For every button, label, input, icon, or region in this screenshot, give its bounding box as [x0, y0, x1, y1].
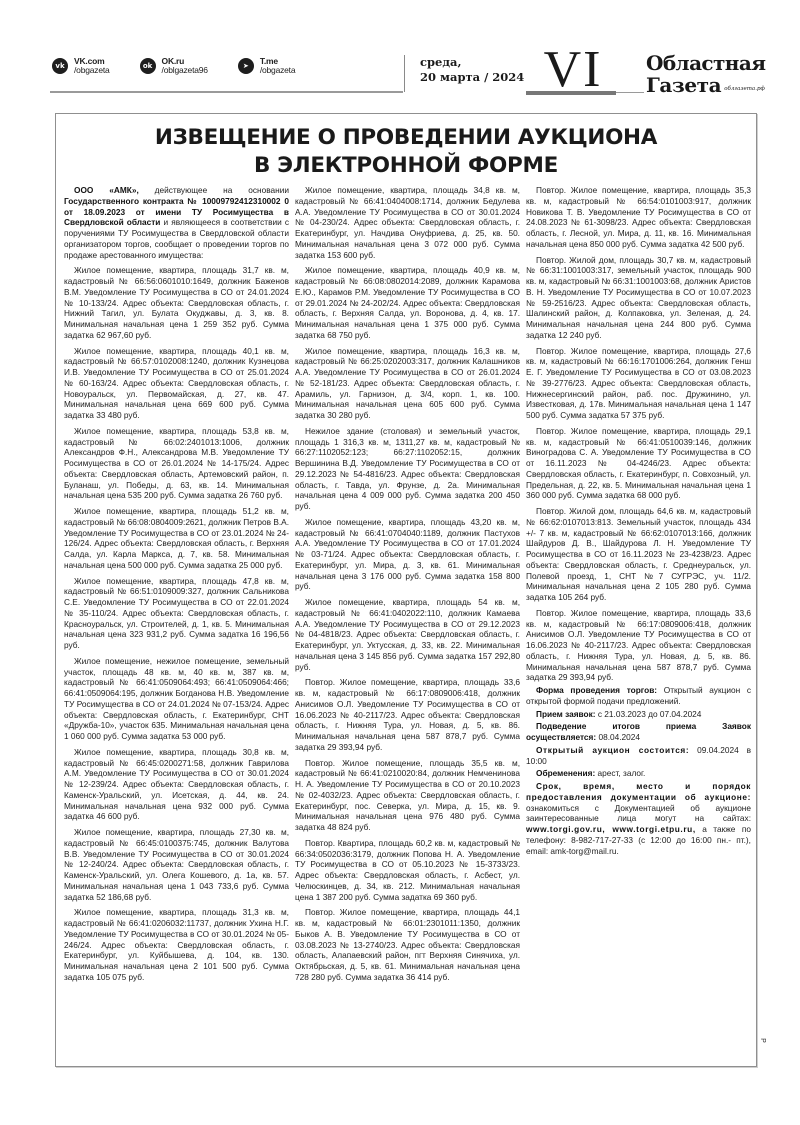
lot-item: Повтор. Жилое помещение, квартира, площа… — [295, 677, 520, 752]
column-3: Повтор. Жилое помещение, квартира, площа… — [526, 185, 751, 1065]
issue-date: среда, 20 марта / 2024 — [420, 55, 524, 85]
lot-item: Жилое помещение, квартира, площадь 30,8 … — [64, 747, 289, 822]
lot-item: Жилое помещение, квартира, площадь 40,1 … — [64, 346, 289, 421]
lot-item: Жилое помещение, квартира, площадь 31,3 … — [64, 907, 289, 982]
lot-item: Нежилое здание (столовая) и земельный уч… — [295, 426, 520, 512]
page-number-bar — [526, 91, 616, 95]
lot-item: Жилое помещение, квартира, площадь 54 кв… — [295, 597, 520, 672]
social-handle: /obgazeta — [74, 65, 110, 75]
newspaper-logo: Областная Газетаоблгазета.рф — [646, 52, 765, 100]
social-link-vk[interactable]: vk VK.com/obgazeta — [52, 57, 110, 75]
column-2: Жилое помещение, квартира, площадь 34,8 … — [295, 185, 520, 1065]
header-rule — [616, 92, 644, 93]
term-applications: Прием заявок: с 21.03.2023 до 07.04.2024 — [526, 709, 751, 720]
lot-item: Жилое помещение, квартира, площадь 47,8 … — [64, 576, 289, 651]
lot-item: Жилое помещение, квартира, площадь 27,30… — [64, 827, 289, 902]
lot-item: Повтор. Жилой дом, площадь 30,7 кв. м, к… — [526, 255, 751, 341]
advertising-mark: Р — [759, 1038, 766, 1043]
term-results: Подведение итогов приема Заявок осуществ… — [526, 721, 751, 743]
vk-icon: vk — [52, 58, 68, 74]
date: 20 марта / 2024 — [420, 70, 524, 85]
auction-notice: ИЗВЕЩЕНИЕ О ПРОВЕДЕНИИ АУКЦИОНА В ЭЛЕКТР… — [55, 113, 757, 1067]
logo-site: облгазета.рф — [724, 86, 765, 92]
logo-line2: Газета — [646, 73, 721, 97]
lot-item: Жилое помещение, нежилое помещение, земе… — [64, 656, 289, 742]
notice-columns: ООО «АМК», действующее на основании Госу… — [64, 185, 752, 1065]
notice-title: ИЗВЕЩЕНИЕ О ПРОВЕДЕНИИ АУКЦИОНА В ЭЛЕКТР… — [56, 124, 756, 180]
logo-line1: Областная — [646, 52, 765, 74]
header-divider — [404, 55, 405, 92]
lot-item: Повтор. Квартира, площадь 60,2 кв. м, ка… — [295, 838, 520, 903]
lot-item: Жилое помещение, квартира, площадь 34,8 … — [295, 185, 520, 260]
page-number: VI — [528, 44, 618, 96]
masthead: vk VK.com/obgazeta ok OK.ru/oblgazeta96 … — [0, 0, 800, 110]
social-link-ok[interactable]: ok OK.ru/oblgazeta96 — [140, 57, 208, 75]
ok-icon: ok — [140, 58, 156, 74]
lot-item: Жилое помещение, квартира, площадь 43,20… — [295, 517, 520, 592]
lot-item: Жилое помещение, квартира, площадь 40,9 … — [295, 265, 520, 340]
lot-item: Повтор. Жилое помещение, площадь 35,5 кв… — [295, 758, 520, 833]
term-documentation: Срок, время, место и порядок предоставле… — [526, 781, 751, 856]
lot-item: Повтор. Жилое помещение, квартира, площа… — [526, 608, 751, 683]
lot-item: Повтор. Жилое помещение, квартира, площа… — [526, 346, 751, 421]
term-auction-form: Форма проведения торгов: Открытый аукцио… — [526, 685, 751, 707]
term-auction-date: Открытый аукцион состоится: 09.04.2024 в… — [526, 745, 751, 767]
social-links: vk VK.com/obgazeta ok OK.ru/oblgazeta96 … — [52, 57, 295, 75]
social-handle: /oblgazeta96 — [162, 65, 208, 75]
header-rule — [50, 91, 403, 93]
term-encumbrance: Обременения: арест, залог. — [526, 768, 751, 779]
social-link-telegram[interactable]: ➤ T.me/obgazeta — [238, 57, 296, 75]
lot-item: Жилое помещение, квартира, площадь 16,3 … — [295, 346, 520, 421]
lot-item: Повтор. Жилой дом, площадь 64,6 кв. м, к… — [526, 506, 751, 603]
website-links[interactable]: www.torgi.gov.ru, www.torgi.etpu.ru, — [526, 824, 696, 834]
lot-item: Повтор. Жилое помещение, квартира, площа… — [526, 426, 751, 501]
telegram-icon: ➤ — [238, 58, 254, 74]
lot-item: Жилое помещение, квартира, площадь 31,7 … — [64, 265, 289, 340]
column-1: ООО «АМК», действующее на основании Госу… — [64, 185, 289, 1065]
weekday: среда, — [420, 55, 524, 70]
lot-item: Повтор. Жилое помещение, квартира, площа… — [295, 907, 520, 982]
intro-paragraph: ООО «АМК», действующее на основании Госу… — [64, 185, 289, 260]
lot-item: Жилое помещение, квартира, площадь 53,8 … — [64, 426, 289, 501]
lot-item: Жилое помещение, квартира, площадь 51,2 … — [64, 506, 289, 571]
lot-item: Повтор. Жилое помещение, квартира, площа… — [526, 185, 751, 250]
social-handle: /obgazeta — [260, 65, 296, 75]
